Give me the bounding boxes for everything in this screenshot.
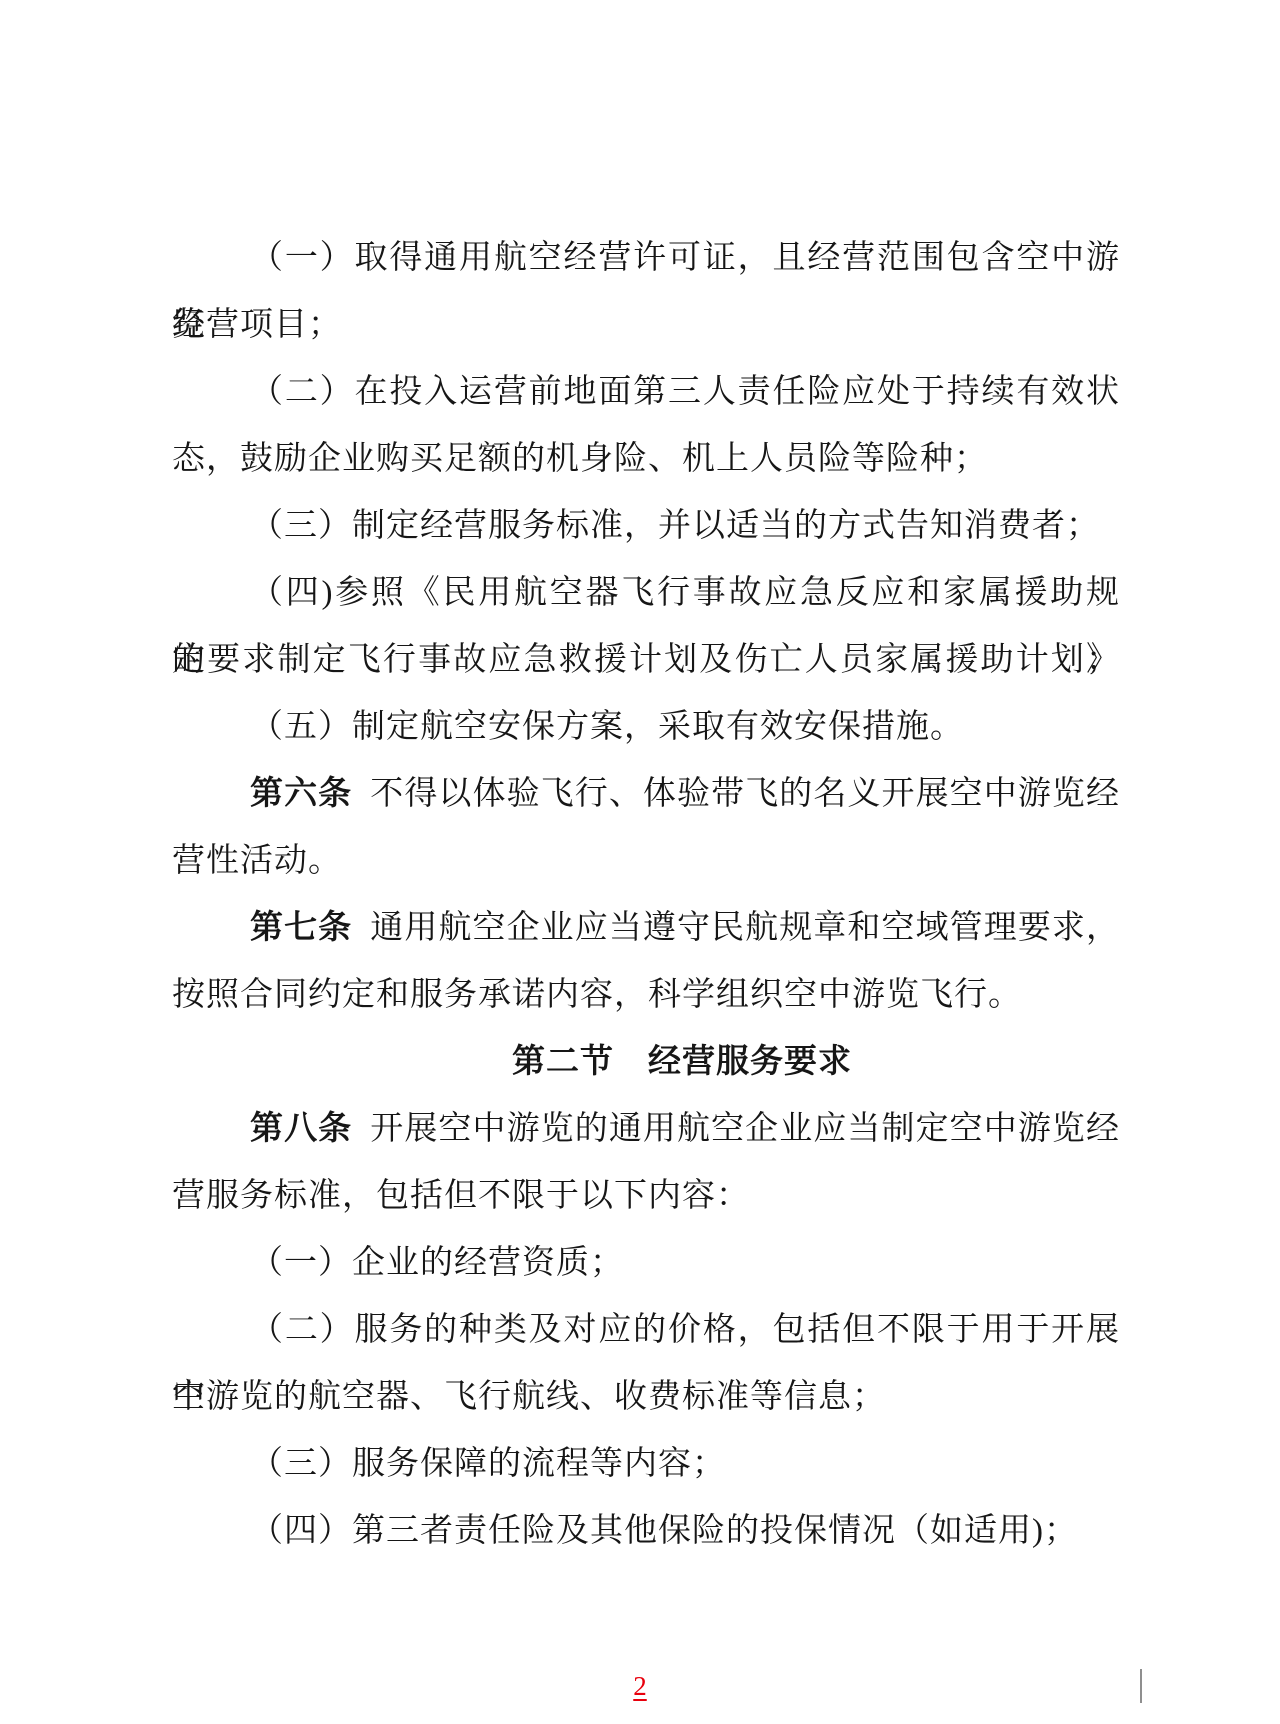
- text-line: 第八条开展空中游览的通用航空企业应当制定空中游览经: [172, 1096, 1120, 1163]
- text-line: 第六条不得以体验飞行、体验带飞的名义开展空中游览经: [172, 761, 1120, 828]
- line-text: 不得以体验飞行、体验带飞的名义开展空中游览经: [370, 776, 1120, 812]
- line-text: 的要求制定飞行事故应急救援计划及伤亡人员家属援助计划；: [172, 642, 1120, 678]
- text-line: 中游览的航空器、飞行航线、收费标准等信息；: [172, 1364, 1120, 1431]
- text-line: 经营项目；: [172, 292, 1120, 359]
- line-text: （一）企业的经营资质；: [250, 1245, 624, 1281]
- text-line: （一）企业的经营资质；: [172, 1230, 1120, 1297]
- page-number-value: 2: [633, 1671, 647, 1701]
- text-line: （四）第三者责任险及其他保险的投保情况（如适用)；: [172, 1498, 1120, 1565]
- text-line: （一）取得通用航空经营许可证，且经营范围包含空中游览: [172, 225, 1120, 292]
- text-line: 营服务标准，包括但不限于以下内容：: [172, 1163, 1120, 1230]
- line-text: 营服务标准，包括但不限于以下内容：: [172, 1178, 750, 1214]
- line-text: 按照合同约定和服务承诺内容，科学组织空中游览飞行。: [172, 977, 1022, 1013]
- document-page: （一）取得通用航空经营许可证，且经营范围包含空中游览经营项目；（二）在投入运营前…: [0, 0, 1280, 1724]
- text-line: （三）服务保障的流程等内容；: [172, 1431, 1120, 1498]
- line-text: 态，鼓励企业购买足额的机身险、机上人员险等险种；: [172, 441, 988, 477]
- article-number: 第七条: [250, 910, 352, 946]
- line-text: （三）制定经营服务标准，并以适当的方式告知消费者；: [250, 508, 1100, 544]
- line-text: 通用航空企业应当遵守民航规章和空域管理要求，: [370, 910, 1120, 946]
- document-body: （一）取得通用航空经营许可证，且经营范围包含空中游览经营项目；（二）在投入运营前…: [172, 225, 1120, 1565]
- line-text: （四）第三者责任险及其他保险的投保情况（如适用)；: [250, 1513, 1078, 1549]
- page-edge-mark: [1140, 1669, 1142, 1703]
- line-text: 第二节 经营服务要求: [512, 1044, 852, 1080]
- text-line: 营性活动。: [172, 828, 1120, 895]
- text-line: 第二节 经营服务要求: [208, 1029, 1156, 1096]
- text-line: （二）在投入运营前地面第三人责任险应处于持续有效状: [172, 359, 1120, 426]
- text-line: （三）制定经营服务标准，并以适当的方式告知消费者；: [172, 493, 1120, 560]
- line-text: 营性活动。: [172, 843, 342, 879]
- line-text: （二）在投入运营前地面第三人责任险应处于持续有效状: [250, 374, 1120, 410]
- text-line: （五）制定航空安保方案，采取有效安保措施。: [172, 694, 1120, 761]
- article-number: 第八条: [250, 1111, 352, 1147]
- page-number: 2: [0, 1671, 1280, 1701]
- text-line: 态，鼓励企业购买足额的机身险、机上人员险等险种；: [172, 426, 1120, 493]
- line-text: （三）服务保障的流程等内容；: [250, 1446, 726, 1482]
- line-text: 经营项目；: [172, 307, 342, 343]
- text-line: 按照合同约定和服务承诺内容，科学组织空中游览飞行。: [172, 962, 1120, 1029]
- line-text: 中游览的航空器、飞行航线、收费标准等信息；: [172, 1379, 886, 1415]
- article-number: 第六条: [250, 776, 352, 812]
- text-line: （四)参照《民用航空器飞行事故应急反应和家属援助规定》: [172, 560, 1120, 627]
- text-line: （二）服务的种类及对应的价格，包括但不限于用于开展空: [172, 1297, 1120, 1364]
- line-text: （五）制定航空安保方案，采取有效安保措施。: [250, 709, 964, 745]
- text-line: 第七条通用航空企业应当遵守民航规章和空域管理要求，: [172, 895, 1120, 962]
- line-text: 开展空中游览的通用航空企业应当制定空中游览经: [370, 1111, 1120, 1147]
- text-line: 的要求制定飞行事故应急救援计划及伤亡人员家属援助计划；: [172, 627, 1120, 694]
